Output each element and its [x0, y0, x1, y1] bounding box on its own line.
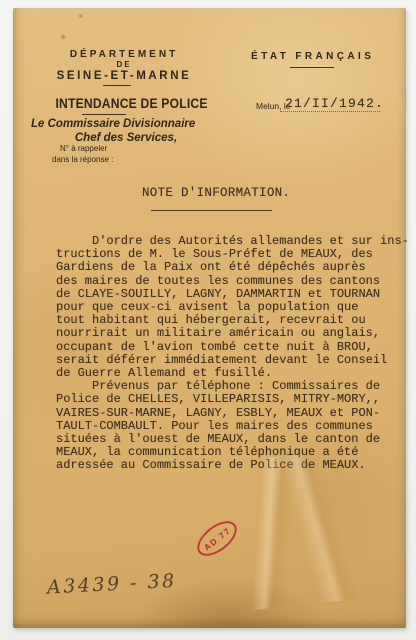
- body-line: VAIRES-SUR-MARNE, LAGNY, ESBLY, MEAUX et…: [56, 407, 412, 420]
- document-title-underline: [151, 210, 272, 211]
- official-title-line1: Le Commissaire Divisionnaire: [31, 118, 189, 130]
- paper-sheet: DÉPARTEMENT DE SEINE-ET-MARNE INTENDANCE…: [13, 8, 406, 628]
- body-line: Gardiens de la Paix ont été dépêchés aup…: [56, 261, 412, 274]
- state-heading: ÉTAT FRANÇAIS: [251, 51, 371, 62]
- reference-note-line2: dans la réponse :: [52, 155, 113, 164]
- typed-date: 21/II/1942.: [285, 96, 384, 111]
- department-line2: DE: [63, 60, 185, 69]
- archive-oval-stamp: AD 77: [191, 514, 243, 562]
- official-title-line2: Chef des Services,: [71, 132, 181, 144]
- body-line: occupant de l'avion tombé cette nuit à B…: [56, 341, 412, 354]
- body-line: Police de CHELLES, VILLEPARISIS, MITRY-M…: [56, 393, 412, 406]
- document-title: NOTE D'INFORMATION.: [142, 186, 290, 200]
- state-underline: [290, 67, 334, 68]
- reference-note-line1: N° à rappeler: [60, 144, 107, 153]
- body-line: adressée au Commissaire de Police de MEA…: [56, 459, 412, 472]
- body-line: nourrirait un militaire américain ou ang…: [56, 327, 412, 340]
- body-line: des maires de toutes les communes des ca…: [56, 275, 412, 288]
- office-title: INTENDANCE DE POLICE: [56, 96, 191, 111]
- department-underline: [103, 85, 131, 86]
- department-line3: SEINE-ET-MARNE: [45, 70, 203, 82]
- department-line1: DÉPARTEMENT: [63, 49, 185, 60]
- document-body: D'ordre des Autorités allemandes et sur …: [56, 235, 412, 473]
- scanned-document: DÉPARTEMENT DE SEINE-ET-MARNE INTENDANCE…: [0, 0, 416, 640]
- handwritten-reference: A3439 - 38: [47, 569, 188, 598]
- office-underline: [82, 114, 126, 115]
- archive-stamp-text: AD 77: [201, 525, 232, 552]
